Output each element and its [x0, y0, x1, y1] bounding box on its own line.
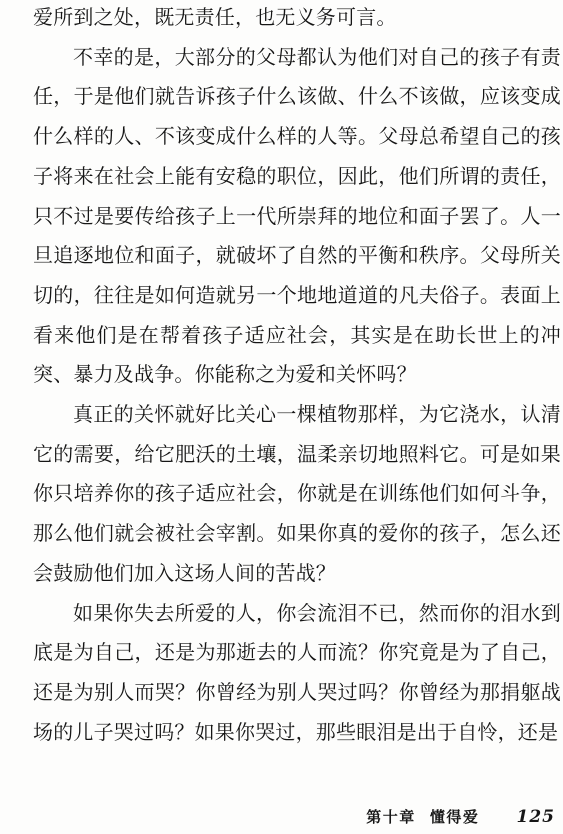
paragraph: 不幸的是，大部分的父母都认为他们对自己的孩子有责任，于是他们就告诉孩子什么该做、…	[33, 38, 561, 395]
paragraph: 如果你失去所爱的人，你会流泪不已，然而你的泪水到底是为自己，还是为那逝去的人而流…	[33, 594, 561, 753]
paragraph: 真正的关怀就好比关心一棵植物那样，为它浇水，认清它的需要，给它肥沃的土壤，温柔亲…	[33, 395, 561, 594]
paragraph-continuation: 爱所到之处，既无责任，也无义务可言。	[33, 0, 561, 38]
chapter-title: 懂得爱	[430, 808, 480, 826]
chapter-label: 第十章	[366, 808, 416, 826]
page-number: 125	[517, 807, 556, 827]
page-footer: 第十章 懂得爱 125	[0, 806, 555, 828]
body-text: 爱所到之处，既无责任，也无义务可言。 不幸的是，大部分的父母都认为他们对自己的孩…	[33, 0, 561, 752]
book-page: 爱所到之处，既无责任，也无义务可言。 不幸的是，大部分的父母都认为他们对自己的孩…	[0, 0, 563, 834]
